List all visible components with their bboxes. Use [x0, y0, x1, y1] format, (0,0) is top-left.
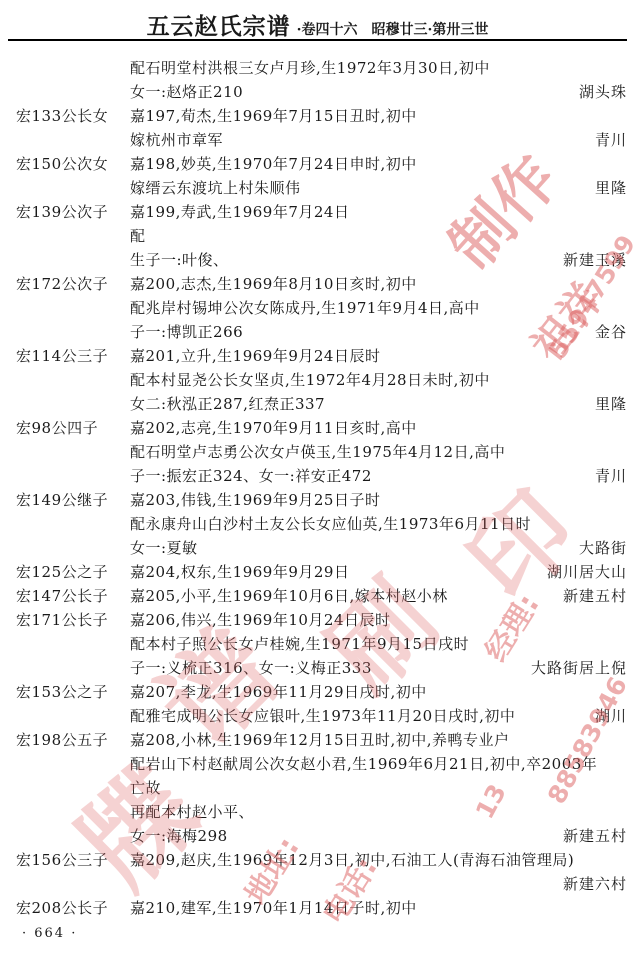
genealogy-row: 新建六村 [0, 872, 635, 896]
genealogy-row: 宏171公长子嘉206,伟兴,生1969年10月24日辰时 [0, 608, 635, 632]
entry-text: 嘉205,小平,生1969年10月6日,嫁本村赵小林 [130, 584, 448, 608]
entry-text: 女一:赵烙正210 [130, 80, 243, 104]
ancestor-label: 宏114公三子 [16, 344, 108, 368]
entry-text: 女一:夏敏 [130, 536, 198, 560]
ancestor-label: 宏98公四子 [16, 416, 98, 440]
residence-place: 青川 [595, 464, 627, 488]
ancestor-label: 宏153公之子 [16, 680, 108, 704]
genealogy-row: 宏208公长子嘉210,建军,生1970年1月14日子时,初中 [0, 896, 635, 920]
ancestor-label: 宏150公次女 [16, 152, 108, 176]
entry-text: 嘉201,立升,生1969年9月24日辰时 [130, 344, 380, 368]
entry-text: 女二:秋泓正287,红焘正337 [130, 392, 325, 416]
genealogy-row: 宏153公之子嘉207,李龙,生1969年11月29日戌时,初中 [0, 680, 635, 704]
residence-place: 湖川 [595, 704, 627, 728]
genealogy-row: 宏172公次子嘉200,志杰,生1969年8月10日亥时,初中 [0, 272, 635, 296]
genealogy-row: 宏150公次女嘉198,妙英,生1970年7月24日申时,初中 [0, 152, 635, 176]
entry-text: 子一:博凯正266 [130, 320, 243, 344]
residence-place: 金谷 [595, 320, 627, 344]
genealogy-page: 五云赵氏宗谱·卷四十六 昭穆廿三·第卅三世 配石明堂村洪根三女卢月珍,生1972… [0, 0, 635, 968]
genealogy-row: 配 [0, 224, 635, 248]
entry-text: 配兆岸村锡坤公次女陈成丹,生1971年9月4日,高中 [130, 296, 480, 320]
genealogy-row: 女一:夏敏大路街 [0, 536, 635, 560]
genealogy-row: 配石明堂卢志勇公次女卢偀玉,生1975年4月12日,高中 [0, 440, 635, 464]
entry-text: 女一:海梅298 [130, 824, 228, 848]
residence-place: 里隆 [595, 176, 627, 200]
ancestor-label: 宏171公长子 [16, 608, 108, 632]
genealogy-row: 配雅宅成明公长女应银叶,生1973年11月20日戌时,初中湖川 [0, 704, 635, 728]
entry-text: 配 [130, 224, 146, 248]
genealogy-row: 生子一:叶俊、新建玉溪 [0, 248, 635, 272]
ancestor-label: 宏208公长子 [16, 896, 108, 920]
entry-text: 嘉210,建军,生1970年1月14日子时,初中 [130, 896, 417, 920]
entry-text: 配石明堂卢志勇公次女卢偀玉,生1975年4月12日,高中 [130, 440, 505, 464]
entry-text: 配岩山下村赵献周公次女赵小君,生1969年6月21日,初中,卒2003年 [130, 752, 597, 776]
genealogy-row: 宏98公四子嘉202,志亮,生1970年9月11日亥时,高中 [0, 416, 635, 440]
genealogy-row: 亡故 [0, 776, 635, 800]
entry-text: 嘉200,志杰,生1969年8月10日亥时,初中 [130, 272, 417, 296]
genealogy-row: 嫁杭州市章军青川 [0, 128, 635, 152]
genealogy-row: 子一:博凯正266金谷 [0, 320, 635, 344]
genealogy-row: 配岩山下村赵献周公次女赵小君,生1969年6月21日,初中,卒2003年 [0, 752, 635, 776]
entry-text: 嫁缙云东渡坑上村朱顺伟 [130, 176, 301, 200]
genealogy-row: 配本村子照公长女卢桂婉,生1971年9月15日戌时 [0, 632, 635, 656]
genealogy-row: 配永康舟山白沙村土友公长女应仙英,生1973年6月11日时 [0, 512, 635, 536]
ancestor-label: 宏172公次子 [16, 272, 108, 296]
genealogy-row: 再配本村赵小平、 [0, 800, 635, 824]
genealogy-row: 宏133公长女嘉197,荀杰,生1969年7月15日丑时,初中 [0, 104, 635, 128]
entry-text: 嫁杭州市章军 [130, 128, 223, 152]
entry-text: 再配本村赵小平、 [130, 800, 254, 824]
entries-container: 配石明堂村洪根三女卢月珍,生1972年3月30日,初中女一:赵烙正210湖头珠宏… [0, 0, 635, 968]
entry-text: 嘉197,荀杰,生1969年7月15日丑时,初中 [130, 104, 417, 128]
genealogy-row: 宏149公继子嘉203,伟钱,生1969年9月25日子时 [0, 488, 635, 512]
residence-place: 新建五村 [563, 584, 627, 608]
ancestor-label: 宏125公之子 [16, 560, 108, 584]
genealogy-row: 嫁缙云东渡坑上村朱顺伟里隆 [0, 176, 635, 200]
ancestor-label: 宏149公继子 [16, 488, 108, 512]
entry-text: 生子一:叶俊、 [130, 248, 229, 272]
genealogy-row: 子一:义梳正316、女一:义梅正333大路街居上倪 [0, 656, 635, 680]
entry-text: 配石明堂村洪根三女卢月珍,生1972年3月30日,初中 [130, 56, 490, 80]
genealogy-row: 配本村显尧公长女坚贞,生1972年4月28日未时,初中 [0, 368, 635, 392]
entry-text: 子一:义梳正316、女一:义梅正333 [130, 656, 372, 680]
residence-place: 大路街居上倪 [531, 656, 627, 680]
genealogy-row: 配石明堂村洪根三女卢月珍,生1972年3月30日,初中 [0, 56, 635, 80]
genealogy-row: 女一:海梅298新建五村 [0, 824, 635, 848]
ancestor-label: 宏156公三子 [16, 848, 108, 872]
entry-text: 亡故 [130, 776, 161, 800]
residence-place: 湖川居大山 [547, 560, 627, 584]
ancestor-label: 宏133公长女 [16, 104, 108, 128]
genealogy-row: 宏156公三子嘉209,赵庆,生1969年12月3日,初中,石油工人(青海石油管… [0, 848, 635, 872]
residence-place: 湖头珠 [579, 80, 627, 104]
residence-place: 大路街 [579, 536, 627, 560]
genealogy-row: 宏147公长子嘉205,小平,生1969年10月6日,嫁本村赵小林新建五村 [0, 584, 635, 608]
genealogy-row: 子一:振宏正324、女一:祥安正472青川 [0, 464, 635, 488]
entry-text: 子一:振宏正324、女一:祥安正472 [130, 464, 372, 488]
ancestor-label: 宏198公五子 [16, 728, 108, 752]
residence-place: 新建六村 [563, 872, 627, 896]
residence-place: 青川 [595, 128, 627, 152]
genealogy-row: 宏125公之子嘉204,权东,生1969年9月29日湖川居大山 [0, 560, 635, 584]
genealogy-row: 女二:秋泓正287,红焘正337里隆 [0, 392, 635, 416]
residence-place: 新建玉溪 [563, 248, 627, 272]
genealogy-row: 宏139公次子嘉199,寿武,生1969年7月24日 [0, 200, 635, 224]
genealogy-row: 宏198公五子嘉208,小林,生1969年12月15日丑时,初中,养鸭专业户 [0, 728, 635, 752]
entry-text: 配本村子照公长女卢桂婉,生1971年9月15日戌时 [130, 632, 469, 656]
entry-text: 嘉204,权东,生1969年9月29日 [130, 560, 349, 584]
entry-text: 嘉209,赵庆,生1969年12月3日,初中,石油工人(青海石油管理局) [130, 848, 574, 872]
ancestor-label: 宏139公次子 [16, 200, 108, 224]
genealogy-row: 配兆岸村锡坤公次女陈成丹,生1971年9月4日,高中 [0, 296, 635, 320]
entry-text: 嘉208,小林,生1969年12月15日丑时,初中,养鸭专业户 [130, 728, 510, 752]
entry-text: 嘉202,志亮,生1970年9月11日亥时,高中 [130, 416, 417, 440]
ancestor-label: 宏147公长子 [16, 584, 108, 608]
entry-text: 嘉199,寿武,生1969年7月24日 [130, 200, 349, 224]
residence-place: 新建五村 [563, 824, 627, 848]
entry-text: 嘉198,妙英,生1970年7月24日申时,初中 [130, 152, 417, 176]
residence-place: 里隆 [595, 392, 627, 416]
genealogy-row: 女一:赵烙正210湖头珠 [0, 80, 635, 104]
entry-text: 配雅宅成明公长女应银叶,生1973年11月20日戌时,初中 [130, 704, 515, 728]
entry-text: 嘉203,伟钱,生1969年9月25日子时 [130, 488, 380, 512]
genealogy-row: 宏114公三子嘉201,立升,生1969年9月24日辰时 [0, 344, 635, 368]
entry-text: 配永康舟山白沙村土友公长女应仙英,生1973年6月11日时 [130, 512, 531, 536]
entry-text: 嘉207,李龙,生1969年11月29日戌时,初中 [130, 680, 427, 704]
entry-text: 嘉206,伟兴,生1969年10月24日辰时 [130, 608, 391, 632]
entry-text: 配本村显尧公长女坚贞,生1972年4月28日未时,初中 [130, 368, 490, 392]
